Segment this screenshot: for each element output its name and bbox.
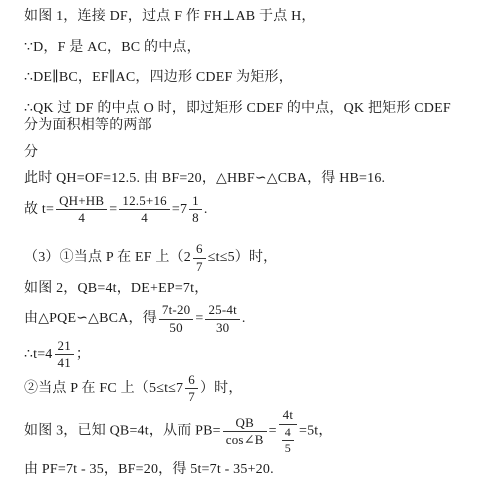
fraction-qh-plus-hb-over-4: QH+HB4 [56, 194, 107, 226]
fraction-numerator: 7t-20 [159, 303, 193, 319]
fraction-denominator: 7 [193, 259, 206, 274]
line-6: 此时 QH=OF=12.5. 由 BF=20，△HBF∽△CBA，得 HB=16… [24, 170, 466, 188]
case-1-heading: （3）①当点 P 在 EF 上（267≤t≤5）时， [24, 242, 466, 274]
fraction-6-over-7: 67 [193, 242, 206, 274]
fraction-numerator: 4t [279, 408, 297, 424]
text-segment: 由 PF=7t - 35，BF=20，得 5t=7t - 35+20. [24, 462, 274, 477]
fraction-1-over-8: 18 [189, 194, 202, 226]
text-segment: ②当点 P 在 FC 上（5≤t≤7 [24, 381, 183, 396]
line-5: 分 [24, 144, 466, 162]
text-segment: 此时 QH=OF=12.5. 由 BF=20，△HBF∽△CBA，得 HB=16… [24, 171, 385, 186]
fraction-denominator: 4 [119, 210, 169, 225]
fraction-denominator: 5 [282, 441, 294, 455]
fraction-denominator: 8 [189, 210, 202, 225]
period: . [204, 202, 208, 217]
text-segment: ∴QK 过 DF 的中点 O 时，即过矩形 CDEF 的中点，QK 把矩形 CD… [24, 101, 451, 134]
text-segment: （3）①当点 P 在 EF 上（2 [24, 250, 191, 265]
formula-line-t-equals: 故 t=QH+HB4=12.5+164=718. [24, 194, 466, 226]
fraction-numerator: QH+HB [56, 194, 107, 210]
proportion-line: 由△PQE∽△BCA，得7t-2050=25-4t30. [24, 303, 466, 335]
line-3: ∴DE∥BC，EF∥AC，四边形 CDEF 为矩形， [24, 69, 466, 87]
fraction-qb-over-cos-b: QBcos∠B [223, 416, 267, 448]
text-segment: ≤t≤5）时， [208, 250, 278, 265]
formula-prefix: 如图 3，已知 QB=4t，从而 PB= [24, 424, 221, 439]
text-segment: 如图 2，QB=4t，DE+EP=7t， [24, 281, 208, 296]
fraction-numerator: QB [223, 416, 267, 432]
pb-formula-line: 如图 3，已知 QB=4t，从而 PB=QBcos∠B=4t45=5t， [24, 408, 466, 455]
fraction-25-minus-4t-over-30: 25-4t30 [205, 303, 239, 335]
fraction-denominator: 4 [56, 210, 107, 225]
fraction-numerator: 25-4t [205, 303, 239, 319]
fraction-12-5-plus-16-over-4: 12.5+164 [119, 194, 169, 226]
text-segment: ∵D，F 是 AC，BC 的中点， [24, 40, 201, 55]
text-segment: ）时， [200, 381, 243, 396]
text-segment: 分 [24, 145, 38, 160]
fraction-6-over-7: 67 [185, 373, 198, 405]
fraction-denominator: 30 [205, 320, 239, 335]
fraction-denominator: 45 [279, 425, 297, 455]
equals-sign: = [269, 424, 277, 439]
fraction-denominator: 50 [159, 320, 193, 335]
fraction-numerator: 12.5+16 [119, 194, 169, 210]
fraction-7t-minus-20-over-50: 7t-2050 [159, 303, 193, 335]
equals-sign: = [109, 202, 117, 217]
fraction-4t-over-4-fifths: 4t45 [279, 408, 297, 455]
formula-prefix: 由△PQE∽△BCA，得 [24, 311, 157, 326]
fraction-numerator: 4 [282, 426, 294, 441]
equals-5t: =5t， [299, 424, 333, 439]
period: . [242, 311, 246, 326]
fraction-numerator: 6 [185, 373, 198, 389]
formula-prefix: 故 t= [24, 202, 54, 217]
equals-sign: = [195, 311, 203, 326]
text-segment: ∴DE∥BC，EF∥AC，四边形 CDEF 为矩形， [24, 70, 293, 85]
line-2: ∵D，F 是 AC，BC 的中点， [24, 39, 466, 57]
semicolon: ； [76, 347, 90, 362]
fraction-denominator: cos∠B [223, 432, 267, 447]
line-4: ∴QK 过 DF 的中点 O 时，即过矩形 CDEF 的中点，QK 把矩形 CD… [24, 100, 466, 135]
line-9: 如图 2，QB=4t，DE+EP=7t， [24, 280, 466, 298]
result-t-4-21-41: ∴t=42141； [24, 339, 466, 371]
line-14: 由 PF=7t - 35，BF=20，得 5t=7t - 35+20. [24, 461, 466, 479]
fraction-numerator: 6 [193, 242, 206, 258]
text-segment: 如图 1，连接 DF，过点 F 作 FH⊥AB 于点 H， [24, 9, 316, 24]
fraction-numerator: 1 [189, 194, 202, 210]
fraction-numerator: 21 [55, 339, 74, 355]
formula-prefix: ∴t=4 [24, 347, 53, 362]
fraction-denominator: 7 [185, 389, 198, 404]
fraction-denominator: 41 [55, 355, 74, 370]
fraction-4-over-5: 45 [282, 426, 294, 455]
fraction-21-over-41: 2141 [55, 339, 74, 371]
math-solution-document: 如图 1，连接 DF，过点 F 作 FH⊥AB 于点 H， ∵D，F 是 AC，… [0, 0, 480, 480]
equals-seven: =7 [172, 202, 187, 217]
line-1: 如图 1，连接 DF，过点 F 作 FH⊥AB 于点 H， [24, 8, 466, 26]
case-2-heading: ②当点 P 在 FC 上（5≤t≤767）时， [24, 373, 466, 405]
